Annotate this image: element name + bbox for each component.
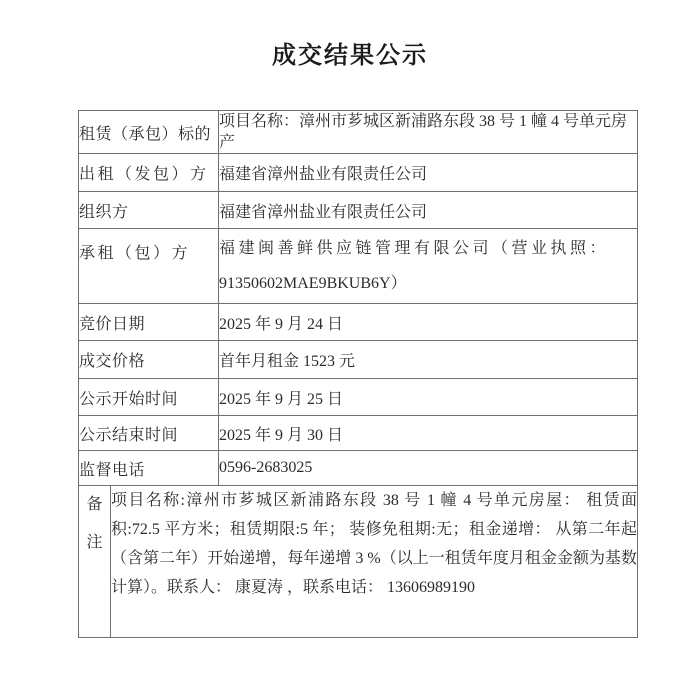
table-row-remarks: 备注 项目名称:漳州市芗城区新浦路东段 38 号 1 幢 4 号单元房屋： 租赁… — [79, 486, 638, 638]
document-page: 成交结果公示 租赁（承包）标的 项目名称：漳州市芗城区新浦路东段 38 号 1 … — [0, 0, 700, 690]
row-label-publicity-start: 公示开始时间 — [79, 379, 219, 416]
row-label-subject: 租赁（承包）标的 — [79, 111, 219, 154]
table-row-publicity-start: 公示开始时间 2025 年 9 月 25 日 — [79, 379, 638, 416]
row-label-organizer: 组织方 — [79, 192, 219, 229]
row-label-bid-date: 竞价日期 — [79, 304, 219, 341]
row-value-lessor: 福建省漳州盐业有限责任公司 — [219, 154, 638, 192]
table-row-lessor: 出租（发包）方 福建省漳州盐业有限责任公司 — [79, 154, 638, 192]
row-value-organizer: 福建省漳州盐业有限责任公司 — [219, 192, 638, 229]
table-row-lessee: 承租（包）方 福建闽善鲜供应链管理有限公司（营业执照： 91350602MAE9… — [79, 229, 638, 304]
row-label-lessee: 承租（包）方 — [79, 229, 219, 304]
row-label-lessor: 出租（发包）方 — [79, 154, 219, 192]
page-title: 成交结果公示 — [0, 42, 700, 70]
row-label-supervision-phone: 监督电话 — [79, 451, 219, 486]
row-value-publicity-start: 2025 年 9 月 25 日 — [219, 379, 638, 416]
row-value-supervision-phone: 0596-2683025 — [219, 451, 638, 486]
row-value-bid-date: 2025 年 9 月 24 日 — [219, 304, 638, 341]
row-label-publicity-end: 公示结束时间 — [79, 416, 219, 451]
row-value-lessee: 福建闽善鲜供应链管理有限公司（营业执照： 91350602MAE9BKUB6Y） — [219, 229, 638, 304]
table-row-organizer: 组织方 福建省漳州盐业有限责任公司 — [79, 192, 638, 229]
table-row-bid-date: 竞价日期 2025 年 9 月 24 日 — [79, 304, 638, 341]
table-row-supervision-phone: 监督电话 0596-2683025 — [79, 451, 638, 486]
lessee-license-line: 91350602MAE9BKUB6Y） — [219, 266, 637, 301]
row-label-remarks: 备注 — [79, 486, 111, 638]
row-value-subject: 项目名称：漳州市芗城区新浦路东段 38 号 1 幢 4 号单元房产 — [219, 111, 638, 154]
table-row-subject: 租赁（承包）标的 项目名称：漳州市芗城区新浦路东段 38 号 1 幢 4 号单元… — [79, 111, 638, 154]
lessee-name-line: 福建闽善鲜供应链管理有限公司（营业执照： — [219, 231, 637, 266]
row-label-deal-price: 成交价格 — [79, 341, 219, 379]
table-row-deal-price: 成交价格 首年月租金 1523 元 — [79, 341, 638, 379]
row-value-deal-price: 首年月租金 1523 元 — [219, 341, 638, 379]
row-value-remarks: 项目名称:漳州市芗城区新浦路东段 38 号 1 幢 4 号单元房屋： 租赁面积:… — [111, 486, 638, 638]
row-value-publicity-end: 2025 年 9 月 30 日 — [219, 416, 638, 451]
announcement-table: 租赁（承包）标的 项目名称：漳州市芗城区新浦路东段 38 号 1 幢 4 号单元… — [78, 110, 638, 638]
table-row-publicity-end: 公示结束时间 2025 年 9 月 30 日 — [79, 416, 638, 451]
